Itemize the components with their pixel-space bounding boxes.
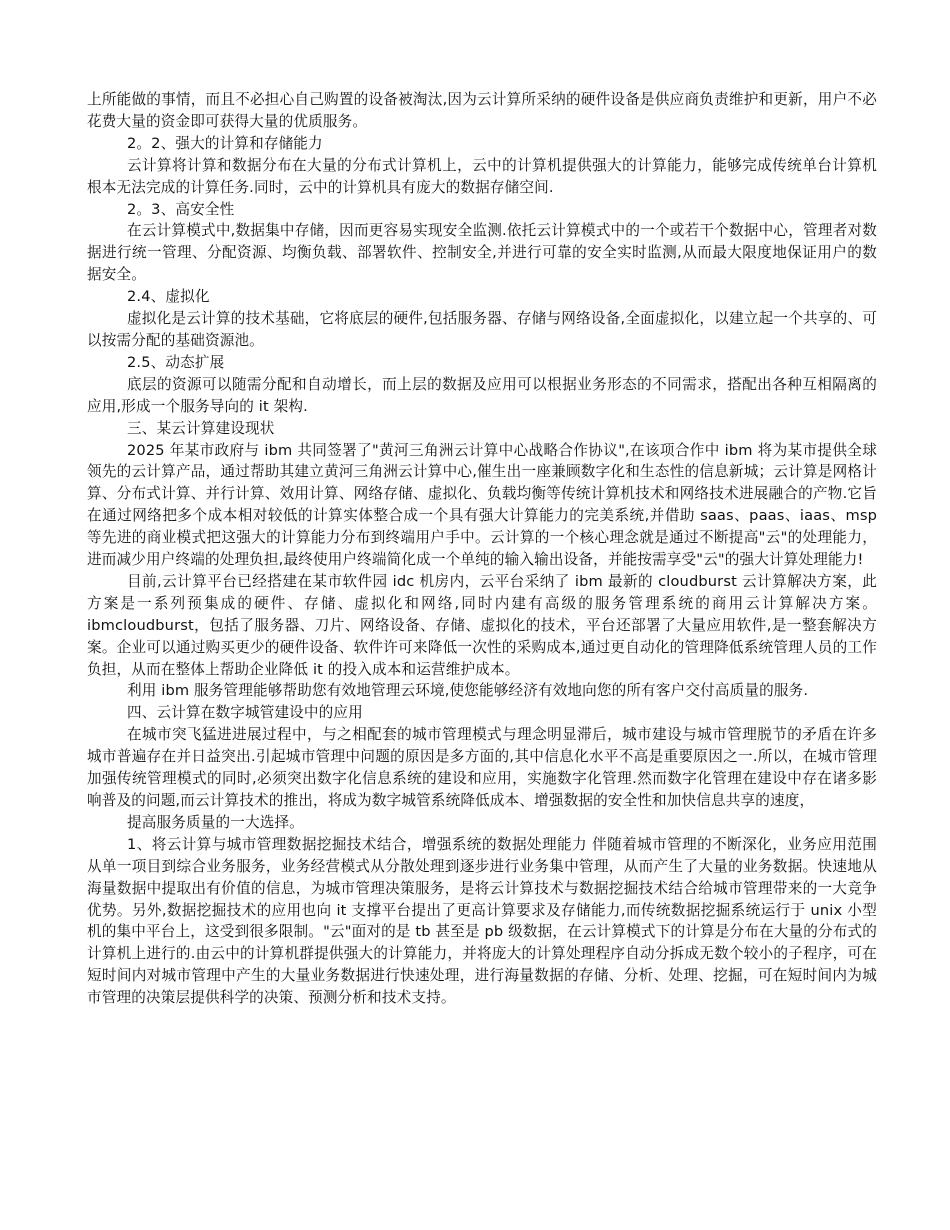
section-heading: 四、云计算在数字城管建设中的应用 bbox=[87, 702, 877, 724]
section-heading: 2.4、虚拟化 bbox=[87, 286, 877, 308]
section-heading: 2。3、高安全性 bbox=[87, 199, 877, 221]
section-heading: 提高服务质量的一大选择。 bbox=[87, 812, 877, 834]
body-paragraph: 1、将云计算与城市管理数据挖掘技术结合，增强系统的数据处理能力 伴随着城市管理的… bbox=[87, 834, 877, 1009]
body-paragraph: 云计算将计算和数据分布在大量的分布式计算机上，云中的计算机提供强大的计算能力，能… bbox=[87, 155, 877, 199]
body-paragraph: 2025 年某市政府与 ibm 共同签署了"黄河三角洲云计算中心战略合作协议",… bbox=[87, 440, 877, 571]
body-paragraph: 在云计算模式中,数据集中存储，因而更容易实现安全监测.依托云计算模式中的一个或若… bbox=[87, 220, 877, 286]
body-paragraph: 虚拟化是云计算的技术基础，它将底层的硬件,包括服务器、存储与网络设备,全面虚拟化… bbox=[87, 308, 877, 352]
body-paragraph: 利用 ibm 服务管理能够帮助您有效地管理云环境,使您能够经济有效地向您的所有客… bbox=[87, 680, 877, 702]
section-heading: 三、某云计算建设现状 bbox=[87, 418, 877, 440]
body-paragraph: 目前,云计算平台已经搭建在某市软件园 idc 机房内，云平台采纳了 ibm 最新… bbox=[87, 571, 877, 681]
body-paragraph: 上所能做的事情，而且不必担心自己购置的设备被淘汰,因为云计算所采纳的硬件设备是供… bbox=[87, 89, 877, 133]
section-heading: 2。2、强大的计算和存储能力 bbox=[87, 133, 877, 155]
section-heading: 2.5、动态扩展 bbox=[87, 352, 877, 374]
body-paragraph: 底层的资源可以随需分配和自动增长，而上层的数据及应用可以根据业务形态的不同需求，… bbox=[87, 374, 877, 418]
document-page: 上所能做的事情，而且不必担心自己购置的设备被淘汰,因为云计算所采纳的硬件设备是供… bbox=[87, 89, 877, 1009]
body-paragraph: 在城市突飞猛进进展过程中，与之相配套的城市管理模式与理念明显滞后，城市建设与城市… bbox=[87, 724, 877, 812]
